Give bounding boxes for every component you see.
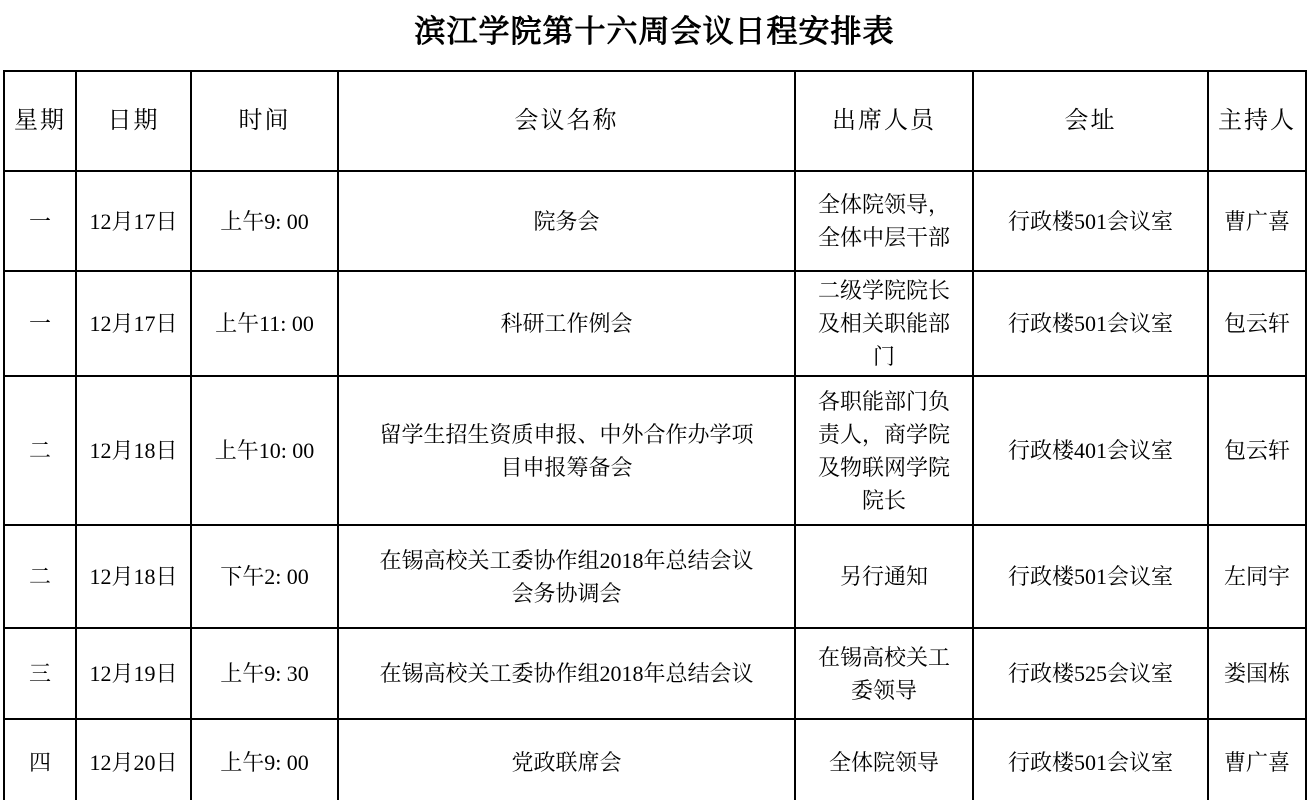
cell-host: 左同宇: [1208, 525, 1306, 628]
cell-weekday: 二: [4, 376, 76, 525]
header-host: 主持人: [1208, 71, 1306, 171]
cell-date: 12月17日: [76, 271, 191, 376]
cell-date: 12月20日: [76, 719, 191, 800]
cell-venue: 行政楼525会议室: [973, 628, 1208, 719]
cell-time: 上午10: 00: [191, 376, 338, 525]
cell-weekday: 二: [4, 525, 76, 628]
cell-date: 12月18日: [76, 525, 191, 628]
cell-venue: 行政楼501会议室: [973, 171, 1208, 271]
table-row: 四12月20日上午9: 00党政联席会全体院领导行政楼501会议室曹广喜: [4, 719, 1306, 800]
header-meeting: 会议名称: [338, 71, 795, 171]
header-weekday: 星期: [4, 71, 76, 171]
cell-meeting: 在锡高校关工委协作组2018年总结会议: [338, 628, 795, 719]
cell-time: 上午9: 30: [191, 628, 338, 719]
cell-attendees: 全体院领导， 全体中层干部: [795, 171, 973, 271]
meeting-schedule-table: 星期 日期 时间 会议名称 出席人员 会址 主持人 一12月17日上午9: 00…: [3, 70, 1307, 800]
cell-attendees: 全体院领导: [795, 719, 973, 800]
document-page: 滨江学院第十六周会议日程安排表 星期 日期 时间 会议名称 出席人员 会址 主持…: [0, 0, 1309, 800]
cell-venue: 行政楼501会议室: [973, 525, 1208, 628]
table-row: 一12月17日上午11: 00科研工作例会二级学院院长 及相关职能部 门行政楼5…: [4, 271, 1306, 376]
table-header: 星期 日期 时间 会议名称 出席人员 会址 主持人: [4, 71, 1306, 171]
cell-time: 上午9: 00: [191, 719, 338, 800]
schedule-body: 一12月17日上午9: 00院务会全体院领导， 全体中层干部行政楼501会议室曹…: [4, 171, 1306, 800]
table-row: 二12月18日上午10: 00留学生招生资质申报、中外合作办学项 目申报筹备会各…: [4, 376, 1306, 525]
header-attendees: 出席人员: [795, 71, 973, 171]
cell-attendees: 各职能部门负 责人，商学院 及物联网学院 院长: [795, 376, 973, 525]
cell-weekday: 三: [4, 628, 76, 719]
cell-date: 12月19日: [76, 628, 191, 719]
cell-attendees: 另行通知: [795, 525, 973, 628]
cell-host: 曹广喜: [1208, 171, 1306, 271]
header-time: 时间: [191, 71, 338, 171]
cell-venue: 行政楼501会议室: [973, 719, 1208, 800]
header-venue: 会址: [973, 71, 1208, 171]
cell-date: 12月18日: [76, 376, 191, 525]
cell-host: 包云轩: [1208, 271, 1306, 376]
cell-host: 包云轩: [1208, 376, 1306, 525]
cell-meeting: 科研工作例会: [338, 271, 795, 376]
cell-host: 曹广喜: [1208, 719, 1306, 800]
cell-weekday: 四: [4, 719, 76, 800]
cell-time: 下午2: 00: [191, 525, 338, 628]
cell-time: 上午11: 00: [191, 271, 338, 376]
cell-meeting: 院务会: [338, 171, 795, 271]
table-row: 三12月19日上午9: 30在锡高校关工委协作组2018年总结会议在锡高校关工 …: [4, 628, 1306, 719]
cell-meeting: 留学生招生资质申报、中外合作办学项 目申报筹备会: [338, 376, 795, 525]
cell-attendees: 二级学院院长 及相关职能部 门: [795, 271, 973, 376]
cell-date: 12月17日: [76, 171, 191, 271]
cell-time: 上午9: 00: [191, 171, 338, 271]
cell-meeting: 党政联席会: [338, 719, 795, 800]
header-row: 星期 日期 时间 会议名称 出席人员 会址 主持人: [4, 71, 1306, 171]
cell-attendees: 在锡高校关工 委领导: [795, 628, 973, 719]
header-date: 日期: [76, 71, 191, 171]
table-row: 二12月18日下午2: 00在锡高校关工委协作组2018年总结会议 会务协调会另…: [4, 525, 1306, 628]
cell-meeting: 在锡高校关工委协作组2018年总结会议 会务协调会: [338, 525, 795, 628]
cell-host: 娄国栋: [1208, 628, 1306, 719]
cell-weekday: 一: [4, 171, 76, 271]
table-row: 一12月17日上午9: 00院务会全体院领导， 全体中层干部行政楼501会议室曹…: [4, 171, 1306, 271]
cell-venue: 行政楼501会议室: [973, 271, 1208, 376]
cell-weekday: 一: [4, 271, 76, 376]
cell-venue: 行政楼401会议室: [973, 376, 1208, 525]
page-title: 滨江学院第十六周会议日程安排表: [0, 0, 1309, 68]
